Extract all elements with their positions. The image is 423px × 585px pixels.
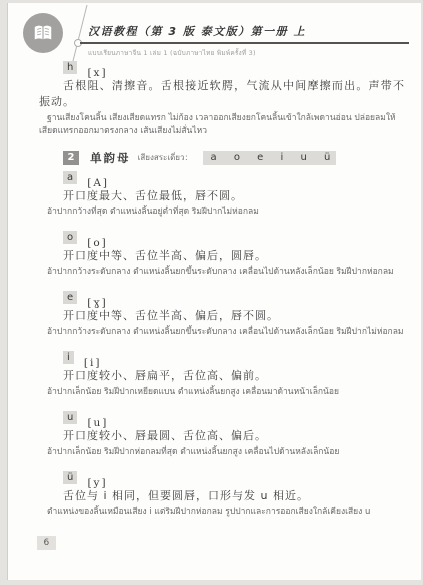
description-thai: อ้าปากเล็กน้อย ริมฝีปากเหยียดแบน ตำแหน่ง… [39, 386, 405, 399]
description-chinese: 开口度最大、舌位最低，唇不圆。 [39, 188, 405, 204]
vowel-letter-box: ü [63, 471, 77, 484]
description-thai: ฐานเสียงโคนลิ้น เสียงเสียดแทรก ไม่ก้อง เ… [39, 112, 405, 138]
description-chinese: 开口度较小、唇最圆、舌位高、偏后。 [39, 428, 405, 444]
lesson-content: h [x] 舌根阻、清擦音。舌根接近软腭，气流从中间摩擦而出。声带不振动。 ฐา… [39, 61, 405, 531]
description-thai: ตำแหน่งของลิ้นเหมือนเสียง i แต่ริมฝีปากห… [39, 506, 405, 519]
consonant-section-h: h [x] 舌根阻、清擦音。舌根接近软腭，气流从中间摩擦而出。声带不振动。 ฐา… [39, 61, 405, 138]
page-surface: 汉语教程（第 3 版 泰文版）第一册 上 แบบเรียนภาษาจีน 1 เ… [7, 3, 421, 580]
description-chinese: 开口度中等、舌位半高、偏后，圆唇。 [39, 248, 405, 264]
vowel-section-i: i [i] 开口度较小、唇扁平，舌位高、偏前。 อ้าปากเล็กน้อย ร… [39, 351, 405, 399]
vowel-section-u-umlaut: ü [y] 舌位与 i 相同，但要圆唇，口形与发 u 相近。 ตำแหน่งขอ… [39, 471, 405, 519]
page-number: 6 [37, 536, 56, 550]
page-title: 汉语教程（第 3 版 泰文版）第一册 上 [88, 23, 407, 39]
description-chinese: 舌位与 i 相同，但要圆唇，口形与发 u 相近。 [39, 488, 405, 504]
vowel-letter-box: u [63, 411, 77, 424]
section-number-badge: 2 [63, 151, 79, 165]
vowel-section-o: o [o] 开口度中等、舌位半高、偏后，圆唇。 อ้าปากกว้างระดับ… [39, 231, 405, 279]
page-subtitle-thai: แบบเรียนภาษาจีน 1 เล่ม 1 (ฉบับภาษาไทย พิ… [88, 48, 407, 58]
section-2-heading: 2 单韵母 เสียงสระเดี่ยว： a o e i u ü [63, 151, 405, 168]
vowel-list-box: a o e i u ü [203, 151, 337, 165]
description-thai: อ้าปากกว้างที่สุด ตำแหน่งลิ้นอยู่ต่ำที่ส… [39, 206, 405, 219]
consonant-letter-box: h [63, 61, 77, 74]
description-thai: อ้าปากกว้างระดับกลาง ตำแหน่งลิ้นยกขึ้นระ… [39, 326, 405, 339]
book-icon [32, 22, 54, 44]
description-thai: อ้าปากกว้างระดับกลาง ตำแหน่งลิ้นยกขึ้นระ… [39, 266, 405, 279]
description-chinese: 开口度较小、唇扁平，舌位高、偏前。 [39, 368, 405, 384]
book-page: { "header": { "title": "汉语教程（第 3 版 泰文版）第… [0, 0, 423, 585]
vowel-letter-box: a [63, 171, 77, 184]
description-chinese: 舌根阻、清擦音。舌根接近软腭，气流从中间摩擦而出。声带不振动。 [39, 78, 405, 110]
section-title-chinese: 单韵母 [90, 151, 131, 165]
vowel-section-e: e [ɣ] 开口度中等、舌位半高、偏后，唇不圆。 อ้าปากกว้างระดั… [39, 291, 405, 339]
description-thai: อ้าปากเล็กน้อย ริมฝีปากห่อกลมที่สุด ตำแห… [39, 446, 405, 459]
vowel-section-u: u [u] 开口度较小、唇最圆、舌位高、偏后。 อ้าปากเล็กน้อย ร… [39, 411, 405, 459]
vowel-letter-box: o [63, 231, 77, 244]
publisher-logo [23, 13, 63, 53]
header-rule [80, 42, 409, 44]
section-title-thai: เสียงสระเดี่ยว： [138, 153, 193, 162]
vowel-letter-box: e [63, 291, 77, 304]
vowel-letter-box: i [63, 351, 74, 364]
description-chinese: 开口度中等、舌位半高、偏后，唇不圆。 [39, 308, 405, 324]
vowel-section-a: a [A] 开口度最大、舌位最低，唇不圆。 อ้าปากกว้างที่สุด … [39, 171, 405, 219]
